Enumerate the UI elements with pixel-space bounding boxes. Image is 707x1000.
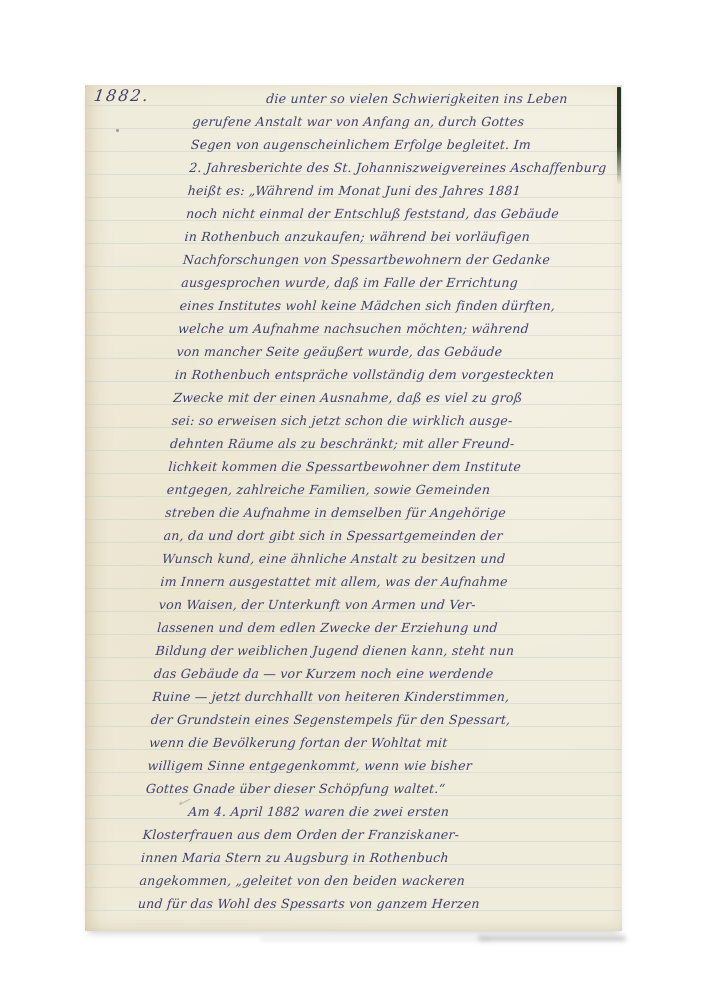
- manuscript-line: Wunsch kund, eine ähnliche Anstalt zu be…: [161, 547, 585, 570]
- manuscript-line: innen Maria Stern zu Augsburg in Rothenb…: [140, 846, 564, 869]
- pencil-dot: [116, 129, 119, 132]
- manuscript-line: Segen von augenscheinlichem Erfolge begl…: [190, 133, 614, 156]
- manuscript-line: willigem Sinne entgegenkommt, wenn wie b…: [147, 754, 571, 777]
- manuscript-line: Zwecke mit der einen Ausnahme, daß es vi…: [172, 386, 596, 409]
- manuscript-line: Nachforschungen von Spessartbewohnern de…: [182, 248, 606, 271]
- manuscript-line: der Grundstein eines Segenstempels für d…: [150, 708, 574, 731]
- manuscript-line: wenn die Bevölkerung fortan der Wohltat …: [148, 731, 572, 754]
- scan-background: 1882. ✓ die unter so vielen Schwierigkei…: [0, 0, 707, 1000]
- manuscript-line: die unter so vielen Schwierigkeiten ins …: [193, 87, 617, 110]
- manuscript-page: 1882. ✓ die unter so vielen Schwierigkei…: [85, 85, 622, 931]
- manuscript-line: an, da und dort gibt sich in Spessartgem…: [163, 524, 587, 547]
- manuscript-line: sei: so erweisen sich jetzt schon die wi…: [171, 409, 595, 432]
- manuscript-line: 2. Jahresberichte des St. Johanniszweigv…: [189, 156, 613, 179]
- page-bottom-shadow-faint: [260, 938, 490, 941]
- manuscript-line: das Gebäude da — vor Kurzem noch eine we…: [153, 662, 577, 685]
- manuscript-line: im Innern ausgestattet mit allem, was de…: [160, 570, 584, 593]
- manuscript-line: Ruine — jetzt durchhallt von heiteren Ki…: [152, 685, 576, 708]
- manuscript-line: lichkeit kommen die Spessartbewohner dem…: [168, 455, 592, 478]
- manuscript-line: lassenen und dem edlen Zwecke der Erzieh…: [156, 616, 580, 639]
- manuscript-line: welche um Aufnahme nachsuchen möchten; w…: [177, 317, 601, 340]
- manuscript-line: entgegen, zahlreiche Familien, sowie Gem…: [166, 478, 590, 501]
- manuscript-line: in Rothenbuch entspräche vollständig dem…: [174, 363, 598, 386]
- manuscript-line: Klosterfrauen aus dem Orden der Franzisk…: [142, 823, 566, 846]
- manuscript-line: Am 4. April 1882 waren die zwei ersten: [144, 800, 568, 823]
- manuscript-line: heißt es: „Während im Monat Juni des Jah…: [187, 179, 611, 202]
- adjacent-page-edge: [617, 87, 621, 185]
- manuscript-line: ausgesprochen wurde, daß im Falle der Er…: [181, 271, 605, 294]
- margin-year-note: 1882.: [93, 86, 151, 105]
- manuscript-line: von Waisen, der Unterkunft von Armen und…: [158, 593, 582, 616]
- manuscript-line: streben die Aufnahme in demselben für An…: [164, 501, 588, 524]
- manuscript-line: gerufene Anstalt war von Anfang an, durc…: [192, 110, 616, 133]
- manuscript-line: von mancher Seite geäußert wurde, das Ge…: [176, 340, 600, 363]
- manuscript-line: angekommen, „geleitet von den beiden wac…: [139, 869, 563, 892]
- manuscript-line: in Rothenbuch anzukaufen; während bei vo…: [184, 225, 608, 248]
- manuscript-line: eines Institutes wohl keine Mädchen sich…: [179, 294, 603, 317]
- manuscript-line: Gottes Gnade über dieser Schöpfung walte…: [145, 777, 569, 800]
- manuscript-text: die unter so vielen Schwierigkeiten ins …: [137, 87, 617, 915]
- page-bottom-shadow: [478, 936, 626, 941]
- manuscript-line: noch nicht einmal der Entschluß feststan…: [185, 202, 609, 225]
- manuscript-line: und für das Wohl des Spessarts von ganze…: [137, 892, 561, 915]
- manuscript-line: dehnten Räume als zu beschränkt; mit all…: [169, 432, 593, 455]
- manuscript-line: Bildung der weiblichen Jugend dienen kan…: [155, 639, 579, 662]
